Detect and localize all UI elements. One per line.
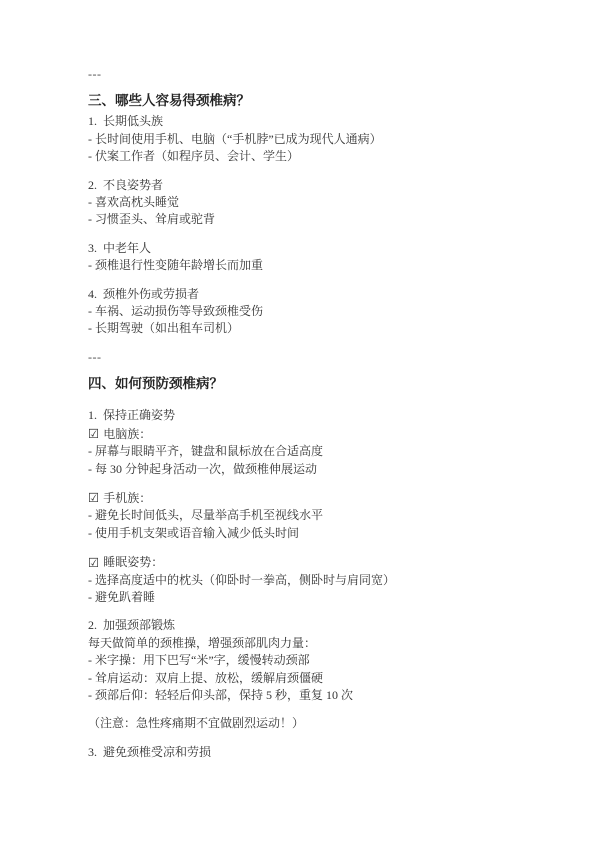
blank-line [88, 166, 510, 177]
text-line: 1. 保持正确姿势 [88, 407, 510, 424]
checklist-line: ☑睡眠姿势： [88, 553, 510, 571]
text-line: - 选择高度适中的枕头（仰卧时一拳高，侧卧时与肩同宽） [88, 572, 510, 589]
text-line: - 米字操：用下巴写“米”字，缓慢转动颈部 [88, 652, 510, 669]
section-heading: 三、哪些人容易得颈椎病？ [88, 91, 510, 111]
checked-checkbox-icon: ☑ [88, 490, 99, 505]
text-line: 2. 不良姿势者 [88, 177, 510, 194]
text-line: 1. 长期低头族 [88, 113, 510, 130]
text-line: - 避免长时间低头，尽量举高手机至视线水平 [88, 507, 510, 524]
blank-line [88, 275, 510, 286]
blank-line [88, 396, 510, 407]
blank-line [88, 542, 510, 553]
checked-checkbox-icon: ☑ [88, 426, 99, 441]
text-line: - 颈椎退行性变随年龄增长而加重 [88, 257, 510, 274]
text-line: 3. 中老年人 [88, 240, 510, 257]
blank-line [88, 733, 510, 744]
blank-line [88, 704, 510, 715]
separator-line: --- [88, 66, 510, 83]
text-line: - 避免趴着睡 [88, 589, 510, 606]
text-line: - 伏案工作者（如程序员、会计、学生） [88, 148, 510, 165]
document-content: ---三、哪些人容易得颈椎病？1. 长期低头族- 长时间使用手机、电脑（“手机脖… [0, 0, 595, 761]
text-line: - 使用手机支架或语音输入减少低头时间 [88, 525, 510, 542]
blank-line [88, 338, 510, 349]
checked-checkbox-icon: ☑ [88, 555, 99, 570]
checklist-label: 睡眠姿势： [103, 555, 163, 569]
text-line: - 屏幕与眼睛平齐，键盘和鼠标放在合适高度 [88, 443, 510, 460]
text-line: - 喜欢高枕头睡觉 [88, 194, 510, 211]
checklist-label: 手机族： [103, 491, 151, 505]
text-line: - 习惯歪头、耸肩或驼背 [88, 211, 510, 228]
text-line: 3. 避免颈椎受凉和劳损 [88, 744, 510, 761]
checklist-label: 电脑族： [103, 427, 151, 441]
text-line: - 车祸、运动损伤等导致颈椎受伤 [88, 303, 510, 320]
text-line: - 长期驾驶（如出租车司机） [88, 320, 510, 337]
text-line: 4. 颈椎外伤或劳损者 [88, 286, 510, 303]
blank-line [88, 606, 510, 617]
blank-line [88, 229, 510, 240]
text-line: - 长时间使用手机、电脑（“手机脖”已成为现代人通病） [88, 131, 510, 148]
document-page: ---三、哪些人容易得颈椎病？1. 长期低头族- 长时间使用手机、电脑（“手机脖… [0, 0, 595, 841]
section-heading: 四、如何预防颈椎病？ [88, 374, 510, 394]
text-line: 每天做简单的颈椎操，增强颈部肌肉力量： [88, 635, 510, 652]
checklist-line: ☑手机族： [88, 489, 510, 507]
text-line: - 每 30 分钟起身活动一次，做颈椎伸展运动 [88, 461, 510, 478]
blank-line [88, 478, 510, 489]
text-line: 2. 加强颈部锻炼 [88, 617, 510, 634]
text-line: - 耸肩运动：双肩上提、放松，缓解肩颈僵硬 [88, 670, 510, 687]
text-line: （注意：急性疼痛期不宜做剧烈运动！） [88, 715, 510, 732]
separator-line: --- [88, 349, 510, 366]
checklist-line: ☑电脑族： [88, 425, 510, 443]
text-line: - 颈部后仰：轻轻后仰头部，保持 5 秒，重复 10 次 [88, 687, 510, 704]
